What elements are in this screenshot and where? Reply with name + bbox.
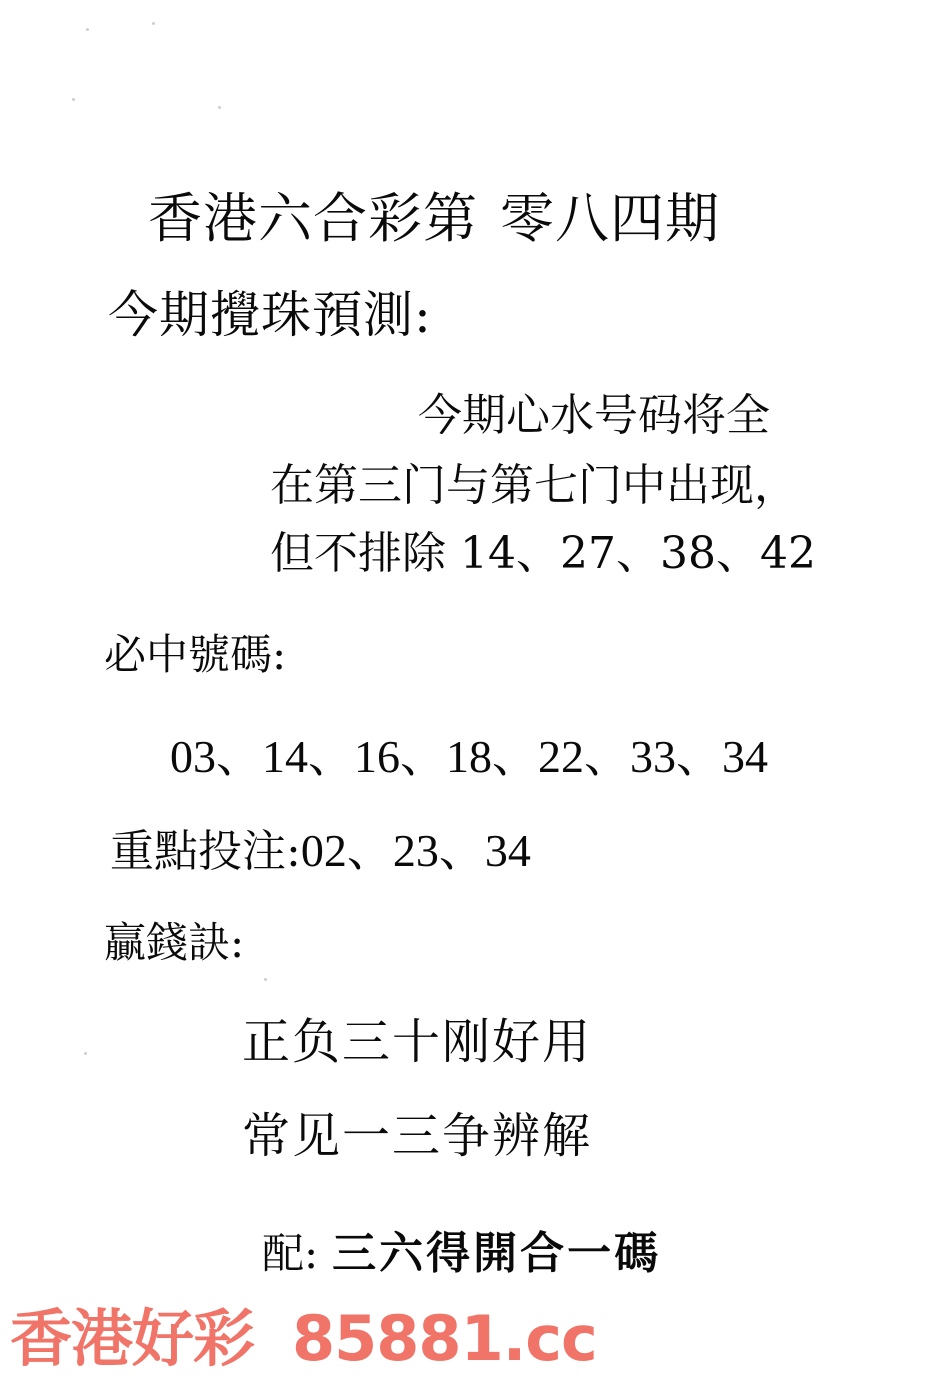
scan-speck <box>152 22 155 25</box>
winning-tip-line-1: 正负三十刚好用 <box>242 1018 592 1066</box>
prediction-line-2: 在第三门与第七门中出现， <box>270 464 798 508</box>
scan-speck <box>84 1052 87 1055</box>
focus-bet: 重點投注:02、23、34 <box>110 828 531 874</box>
issue-number: 零八四期 <box>500 187 720 250</box>
watermark: 香港好彩85881.cc <box>10 1308 597 1370</box>
page-title: 香港六合彩第零八四期 <box>148 192 720 246</box>
pairing-line: 配:三六得開合一碼 <box>262 1232 661 1276</box>
prediction-line-3: 但不排除 14、27、38、42 <box>270 532 816 576</box>
pairing-value: 三六得開合一碼 <box>332 1228 661 1279</box>
prediction-line-1: 今期心水号码将全 <box>418 394 770 438</box>
scan-speck <box>264 978 267 981</box>
focus-bet-numbers: 02、23、34 <box>301 825 531 876</box>
prediction-heading: 今期攪珠預測: <box>108 290 432 340</box>
watermark-brand: 香港好彩 <box>10 1302 254 1375</box>
scan-speck <box>72 98 75 101</box>
watermark-url: 85881.cc <box>292 1302 597 1375</box>
pairing-label: 配: <box>262 1229 318 1278</box>
winning-tip-heading: 贏錢訣: <box>104 922 244 964</box>
winning-tip-line-2: 常见一三争辨解 <box>242 1112 592 1160</box>
scan-speck <box>86 28 89 31</box>
sure-numbers-list: 03、14、16、18、22、33、34 <box>170 734 768 780</box>
title-prefix: 香港六合彩第 <box>148 187 478 250</box>
sure-numbers-heading: 必中號碼: <box>104 634 286 676</box>
scan-speck <box>218 106 221 109</box>
focus-bet-label: 重點投注: <box>110 826 301 877</box>
